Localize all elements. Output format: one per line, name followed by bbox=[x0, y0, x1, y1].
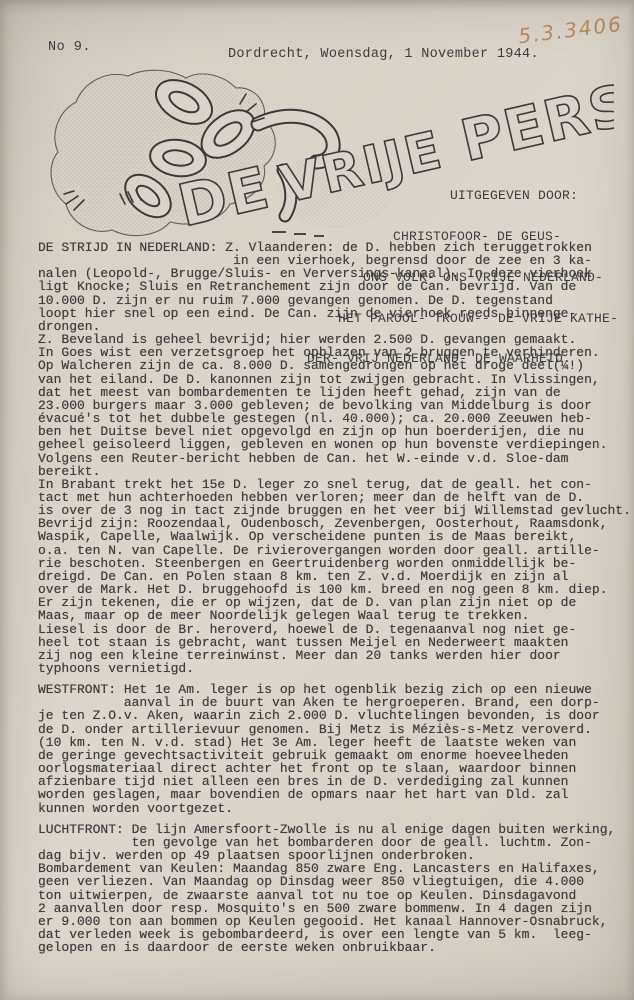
handwritten-archive-number: 5.3.3406 bbox=[517, 12, 624, 49]
article-body: DE STRIJD IN NEDERLAND: Z. Vlaanderen: d… bbox=[38, 241, 624, 962]
publishers-line: UITGEGEVEN DOOR: bbox=[450, 189, 618, 203]
article-westfront: WESTFRONT: Het 1e Am. leger is op het og… bbox=[38, 683, 624, 815]
issue-number: No 9. bbox=[48, 40, 91, 55]
article-luchtfront: LUCHTFRONT: De lijn Amersfoort-Zwolle is… bbox=[38, 823, 624, 955]
dateline: Dordrecht, Woensdag, 1 November 1944. bbox=[228, 47, 539, 62]
masthead-word-pers: PERS bbox=[455, 71, 614, 174]
article-de-strijd-in-nederland: DE STRIJD IN NEDERLAND: Z. Vlaanderen: d… bbox=[38, 241, 624, 675]
newspaper-page: No 9. Dordrecht, Woensdag, 1 November 19… bbox=[0, 0, 634, 1000]
